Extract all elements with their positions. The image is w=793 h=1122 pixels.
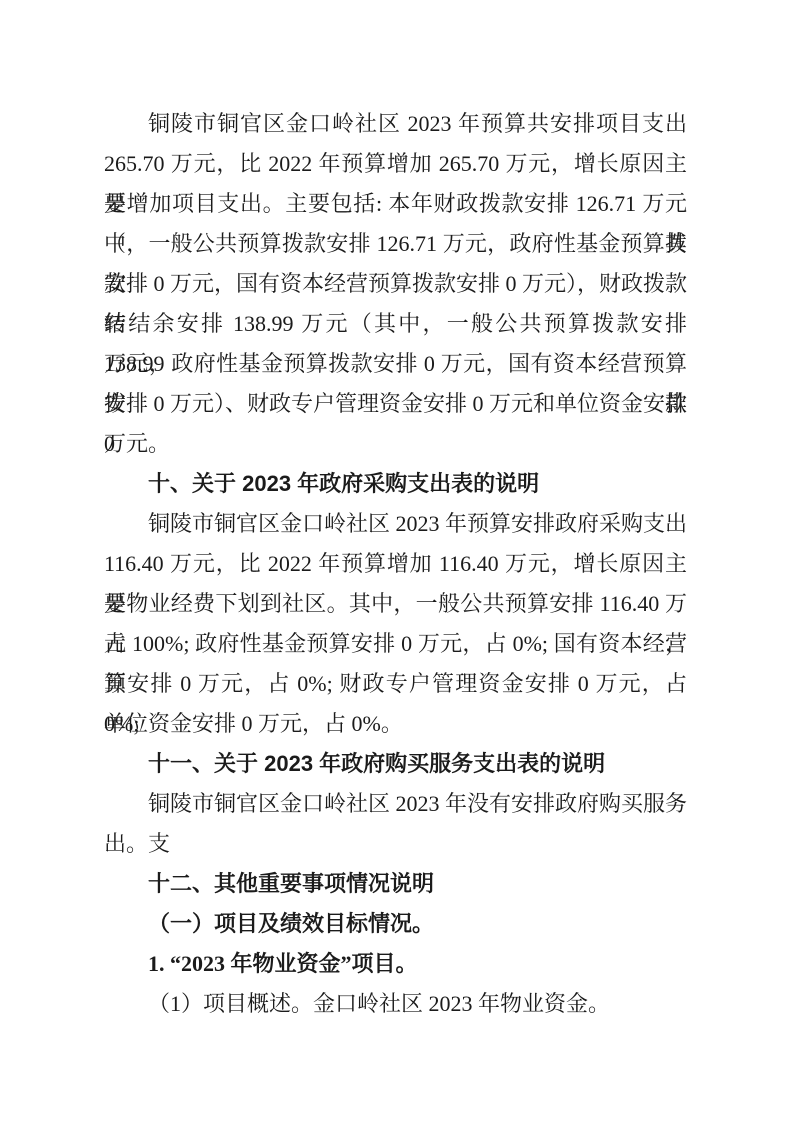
section-heading-eleven: 十一、关于 2023 年政府购买服务支出表的说明 [104, 744, 687, 784]
text-block: 铜陵市铜官区金口岭社区 2023 年预算共安排项目支出 265.70 万元，比 … [104, 104, 687, 1024]
paragraph-line: 转结余安排 138.99 万元（其中，一般公共预算拨款安排 138.99 [104, 304, 687, 344]
paragraph-line: 万元。 [104, 424, 687, 464]
paragraph-line: 265.70 万元，比 2022 年预算增加 265.70 万元，增长原因主要 [104, 144, 687, 184]
paragraph-line: 是增加项目支出。主要包括: 本年财政拨款安排 126.71 万元（其 [104, 184, 687, 224]
paragraph-line: 中，一般公共预算拨款安排 126.71 万元，政府性基金预算拨款 [104, 224, 687, 264]
paragraph-line: 安排 0 万元）、财政专户管理资金安排 0 万元和单位资金安排 0 [104, 384, 687, 424]
paragraph-line: 116.40 万元，比 2022 年预算增加 116.40 万元，增长原因主要 [104, 544, 687, 584]
paragraph-line: 铜陵市铜官区金口岭社区 2023 年没有安排政府购买服务支 [104, 784, 687, 824]
paragraph-line: 是物业经费下划到社区。其中，一般公共预算安排 116.40 万元， [104, 584, 687, 624]
paragraph-line: 单位资金安排 0 万元，占 0%。 [104, 704, 687, 744]
paragraph-line: 安排 0 万元，国有资本经营预算拨款安排 0 万元），财政拨款结 [104, 264, 687, 304]
document-page: 铜陵市铜官区金口岭社区 2023 年预算共安排项目支出 265.70 万元，比 … [0, 0, 793, 1122]
paragraph-line: 出。 [104, 824, 687, 864]
section-heading-ten: 十、关于 2023 年政府采购支出表的说明 [104, 464, 687, 504]
subsection-heading-one: （一）项目及绩效目标情况。 [104, 904, 687, 944]
paragraph-line: 算安排 0 万元，占 0%; 财政专户管理资金安排 0 万元，占 0%; [104, 664, 687, 704]
paragraph-line: 铜陵市铜官区金口岭社区 2023 年预算安排政府采购支出 [104, 504, 687, 544]
paragraph-line: 铜陵市铜官区金口岭社区 2023 年预算共安排项目支出 [104, 104, 687, 144]
paragraph-line: 占 100%; 政府性基金预算安排 0 万元，占 0%; 国有资本经营预 [104, 624, 687, 664]
section-heading-twelve: 十二、其他重要事项情况说明 [104, 864, 687, 904]
paragraph-line: （1）项目概述。金口岭社区 2023 年物业资金。 [104, 984, 687, 1024]
paragraph-line: 万元，政府性基金预算拨款安排 0 万元，国有资本经营预算拨款 [104, 344, 687, 384]
subsection-heading-project: 1. “2023 年物业资金”项目。 [104, 944, 687, 984]
